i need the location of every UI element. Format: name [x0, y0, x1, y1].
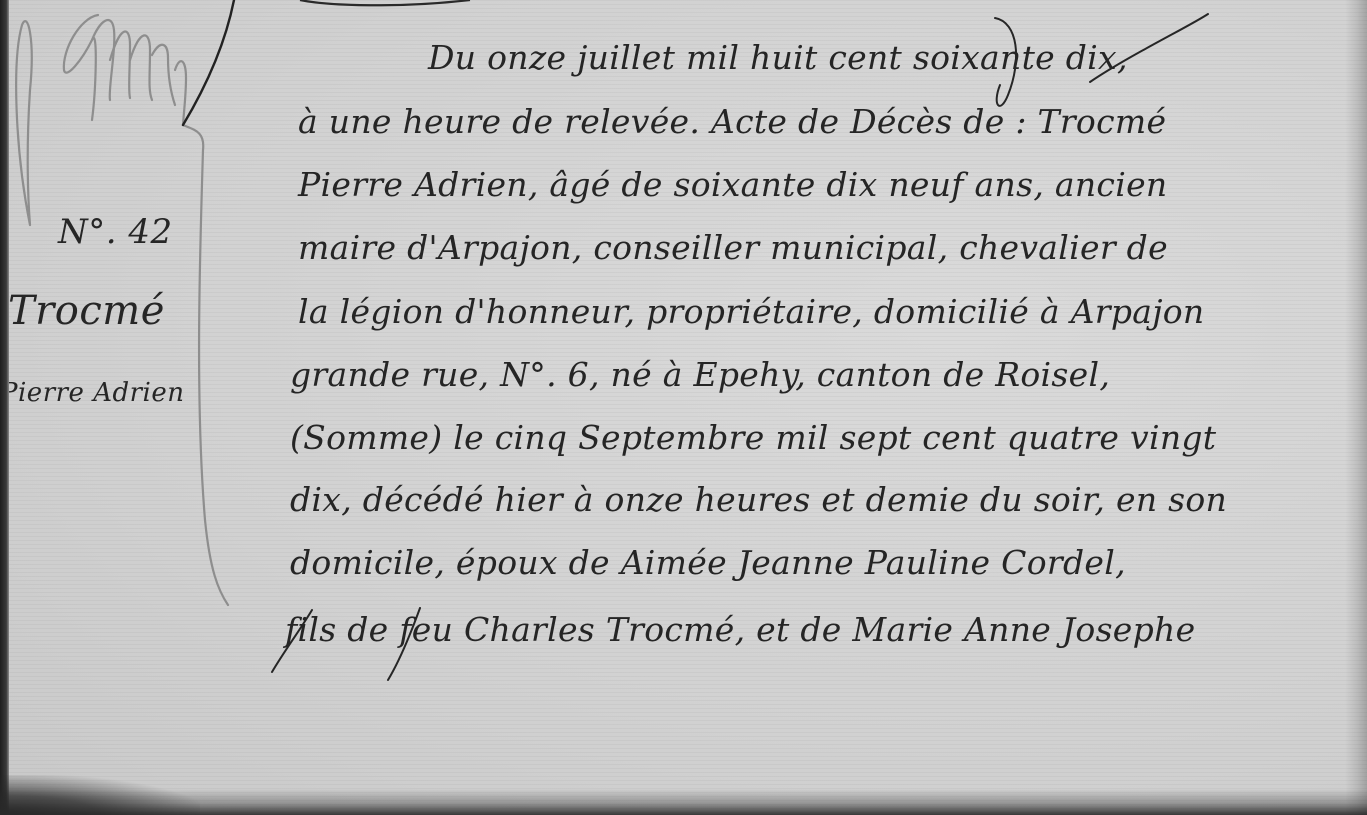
page-corner-shadow — [0, 775, 200, 815]
deceased-surname: Trocmé — [8, 288, 165, 334]
body-line-2: à une heure de relevée. Acte de Décès de… — [298, 102, 1166, 141]
body-line-6: grande rue, N°. 6, né à Epehy, canton de… — [290, 355, 1110, 394]
scanned-register-page: N°. 42 Trocmé Pierre Adrien Du onze juil… — [0, 0, 1367, 815]
body-line-10: fils de feu Charles Trocmé, et de Marie … — [285, 610, 1195, 649]
body-line-9: domicile, époux de Aimée Jeanne Pauline … — [290, 543, 1126, 582]
body-line-3: Pierre Adrien, âgé de soixante dix neuf … — [298, 165, 1167, 204]
body-line-5: la légion d'honneur, propriétaire, domic… — [298, 292, 1204, 331]
page-bottom-shadow — [0, 789, 1367, 815]
body-line-7: (Somme) le cinq Septembre mil sept cent … — [290, 418, 1216, 457]
body-line-1: Du onze juillet mil huit cent soixante d… — [428, 38, 1128, 77]
record-number: N°. 42 — [58, 212, 173, 252]
page-left-edge — [0, 0, 9, 815]
deceased-given-names: Pierre Adrien — [0, 378, 185, 408]
margin-divider-line — [183, 0, 234, 125]
page-right-edge — [1345, 0, 1367, 815]
body-line-4: maire d'Arpajon, conseiller municipal, c… — [298, 228, 1168, 267]
body-line-8: dix, décédé hier à onze heures et demie … — [290, 480, 1227, 519]
